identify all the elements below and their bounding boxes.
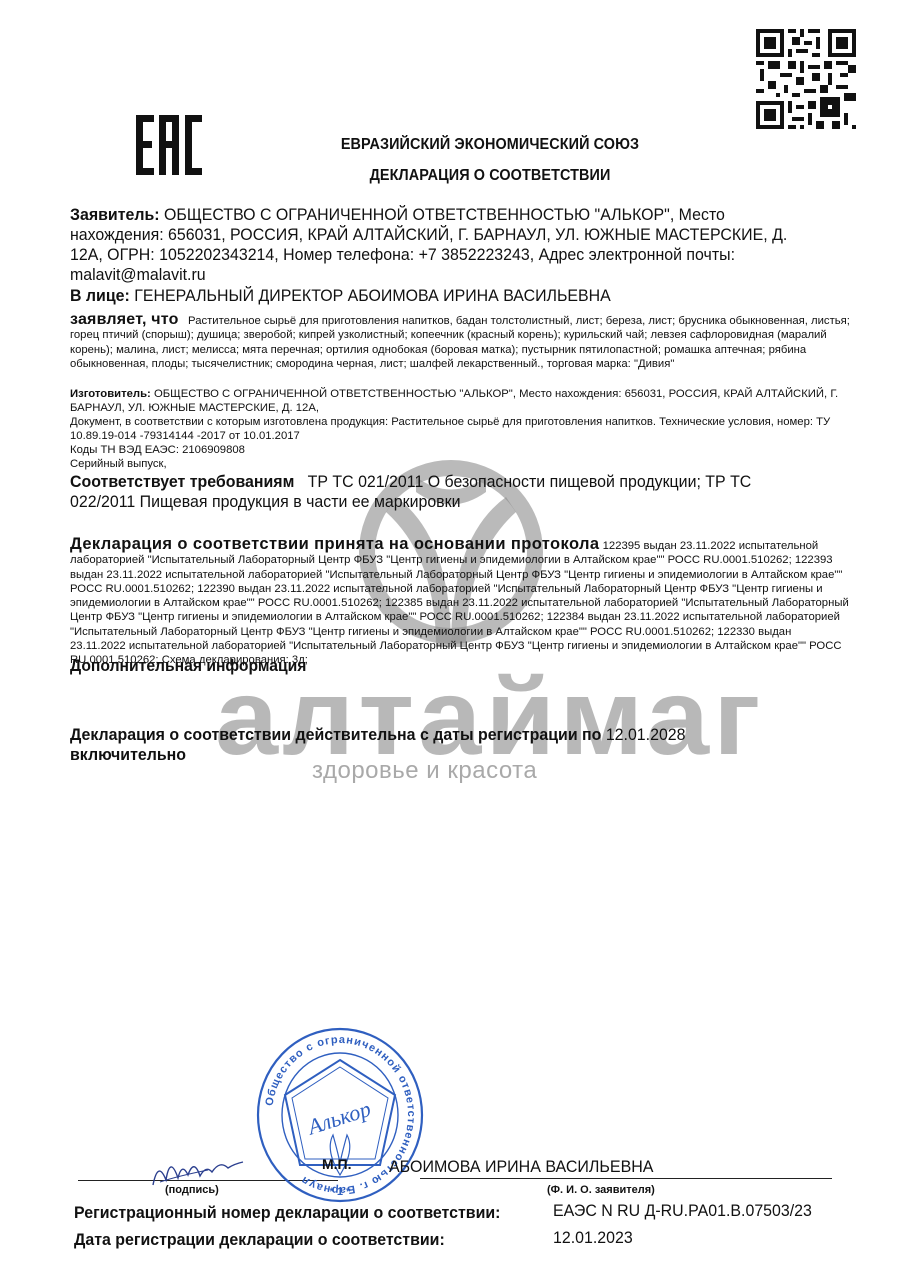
validity-date: 12.01.2028 [606, 726, 686, 744]
qr-code-icon[interactable] [756, 26, 856, 132]
registration-number-label: Регистрационный номер декларации о соотв… [74, 1204, 500, 1223]
requirements-block: Соответствует требованиям ТР ТС 021/2011… [70, 472, 789, 512]
registration-date-label: Дата регистрации декларации о соответств… [74, 1231, 445, 1250]
applicant-text: ОБЩЕСТВО С ОГРАНИЧЕННОЙ ОТВЕТСТВЕННОСТЬЮ… [70, 206, 787, 284]
representative-text: ГЕНЕРАЛЬНЫЙ ДИРЕКТОР АБОИМОВА ИРИНА ВАСИ… [134, 287, 611, 305]
declares-block: заявляет, что Растительное сырьё для при… [70, 313, 870, 371]
svg-text:* 1 *: * 1 * [330, 1186, 352, 1198]
full-name-label: (Ф. И. О. заявителя) [547, 1184, 655, 1196]
validity-block: Декларация о соответствии действительна … [70, 725, 803, 765]
customs-codes: Коды ТН ВЭД ЕАЭС: 2106909808 [70, 443, 870, 457]
protocol-text: 122395 выдан 23.11.2022 испытательной ла… [70, 540, 849, 666]
seal-place-label: М.П. [322, 1156, 352, 1172]
manufacturer-text: ОБЩЕСТВО С ОГРАНИЧЕННОЙ ОТВЕТСТВЕННОСТЬЮ… [70, 388, 838, 414]
applicant-label: Заявитель: [70, 206, 160, 224]
protocol-block: Декларация о соответствии принята на осн… [70, 537, 850, 668]
registration-number: ЕАЭС N RU Д-RU.РА01.В.07503/23 [553, 1202, 812, 1221]
serial-production: Серийный выпуск, [70, 457, 870, 471]
registration-date: 12.01.2023 [553, 1229, 633, 1248]
applicant-full-name: АБОИМОВА ИРИНА ВАСИЛЬЕВНА [389, 1158, 653, 1177]
union-heading: ЕВРАЗИЙСКИЙ ЭКОНОМИЧЕСКИЙ СОЮЗ [72, 136, 900, 154]
svg-text:Алькор: Алькор [303, 1096, 374, 1140]
protocol-label: Декларация о соответствии принята на осн… [70, 535, 600, 553]
company-stamp-icon: Общество с ограниченной ответственностью… [255, 1025, 425, 1205]
applicant-block: Заявитель: ОБЩЕСТВО С ОГРАНИЧЕННОЙ ОТВЕТ… [70, 205, 789, 285]
name-line [420, 1178, 832, 1179]
validity-label: Декларация о соответствии действительна … [70, 726, 601, 744]
manufacturer-label: Изготовитель: [70, 388, 151, 400]
document-title: ДЕКЛАРАЦИЯ О СООТВЕТСТВИИ [72, 167, 900, 185]
requirements-label: Соответствует требованиям [70, 473, 294, 491]
declares-text: Растительное сырьё для приготовления нап… [70, 315, 850, 370]
manufacturer-block: Изготовитель: ОБЩЕСТВО С ОГРАНИЧЕННОЙ ОТ… [70, 387, 870, 416]
additional-info-heading: Дополнительная информация [70, 657, 306, 676]
representative-label: В лице: [70, 287, 130, 305]
declares-label: заявляет, что [70, 311, 179, 328]
representative-block: В лице: ГЕНЕРАЛЬНЫЙ ДИРЕКТОР АБОИМОВА ИР… [70, 286, 789, 306]
validity-suffix: включительно [70, 746, 186, 764]
document-basis: Документ, в соответствии с которым изгот… [70, 415, 870, 444]
signature-label: (подпись) [165, 1184, 219, 1196]
